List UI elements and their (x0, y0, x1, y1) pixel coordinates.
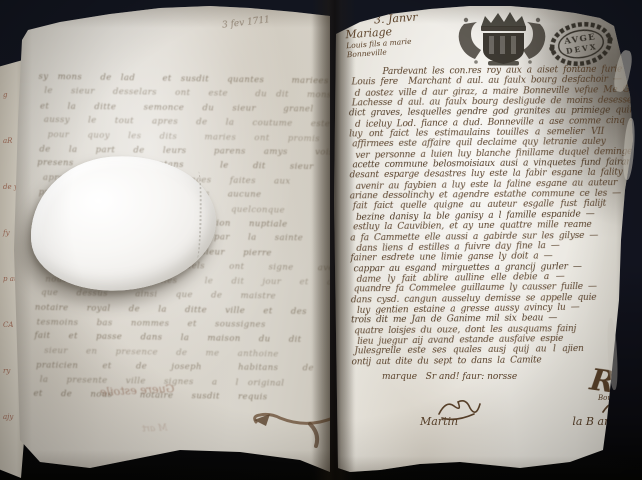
closing-block: marque Sr and! faur: norsse R avelud Bon… (382, 372, 622, 382)
book-gutter-shadow (312, 0, 356, 480)
signature-right: la B ariis (544, 402, 622, 454)
signature-row: Martin la B ariis (392, 402, 622, 454)
closing-after-paraph: avelud (620, 376, 642, 386)
signature-left: Martin (392, 402, 458, 454)
act-body-handwriting: Pardevant les con.res roy aux a aiset fo… (348, 65, 619, 368)
closing-marque-line: marque Sr and! faur: norsse (382, 372, 622, 382)
right-page: 3. Janvr Mariage Louis fils a marie Bonn… (332, 4, 642, 480)
signature-flourish-icon (436, 396, 482, 422)
bleedthrough-mirrored-signature: M art (142, 423, 168, 434)
armorial-stamp-icon (452, 10, 552, 68)
signature-right-name: la B ariis (572, 415, 622, 428)
cushion-seam (193, 171, 203, 259)
manuscript-scan: gaRde yfyp auCAryajy 3 fev 1711 sy mons … (0, 0, 642, 480)
signature-flourish-icon (600, 396, 642, 426)
